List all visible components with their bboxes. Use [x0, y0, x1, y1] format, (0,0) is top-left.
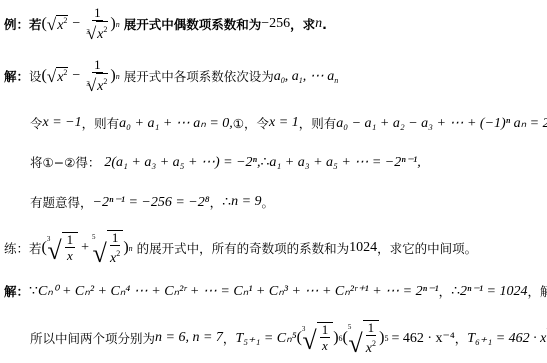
sqrt-icon: √	[302, 328, 316, 354]
practice-value: 1024	[349, 240, 377, 256]
example-value: −256	[261, 16, 290, 32]
values: n = 6, n = 7	[155, 330, 223, 346]
sqrt-icon: √	[348, 331, 362, 357]
therefore-icon: ∴	[222, 194, 231, 211]
period: 。	[262, 193, 275, 211]
equation: 2(a₁ + a₃ + a₅ + ⋯) = −2ⁿ,	[104, 154, 260, 171]
root-2: 5√1x2	[348, 320, 379, 357]
minus-sign: −	[72, 16, 80, 32]
therefore-icon: ∴	[451, 283, 460, 300]
circled-1: ①	[233, 116, 244, 131]
exponent: 2	[103, 77, 107, 86]
solution-label: 解：	[4, 282, 29, 300]
root-1: 3√1x	[302, 322, 333, 354]
text: ，则有	[82, 114, 120, 132]
practice-label: 练：	[4, 239, 29, 257]
example-prefix: 若	[29, 15, 42, 33]
because-icon: ∵	[29, 283, 38, 300]
exponent: 5	[384, 334, 388, 343]
practice-tail: ，求它的中间项。	[377, 239, 477, 257]
t5-result: = 462 · x⁻⁴	[391, 330, 454, 347]
example-text: 展开式中偶数项系数和为	[124, 15, 262, 33]
text: ，则有	[299, 114, 337, 132]
text: ，	[439, 282, 452, 300]
text: ，解得	[527, 282, 547, 300]
fraction: 1 3√x2	[86, 58, 108, 95]
solution1-line1: 解： 设 ( √ x2 − 1 3√x2 )n 展开式中各项系数依次设为 a0,…	[4, 56, 338, 96]
practice-text: 的展开式中，所有的奇数项的系数和为	[137, 239, 350, 257]
equation-1: a₀ + a₁ + ⋯ aₙ = 0,	[119, 115, 233, 132]
equation: x = 1	[269, 115, 299, 131]
root-2: 5√1x2	[92, 230, 123, 267]
example-line: 例： 若 ( √ x2 − 1 3√x2 )n 展开式中偶数项系数和为 −256…	[4, 4, 327, 44]
power: n	[116, 72, 120, 81]
sqrt-icon: √	[47, 238, 61, 264]
solution1-line3: 将①−②得： 2(a₁ + a₃ + a₅ + ⋯) = −2ⁿ, ∴ a₁ +…	[30, 149, 421, 175]
power: n	[116, 20, 120, 29]
term-t6: T₆₊₁ = 462 · x	[467, 330, 546, 347]
sqrt-icon: √	[47, 68, 56, 86]
equation: −2ⁿ⁻¹ = −256 = −2⁸	[93, 194, 210, 211]
solution2-line2: 所以中间两个项分别为 n = 6, n = 7 ， T₅₊₁ = Cₙ⁵ ( 3…	[30, 318, 547, 358]
example-tail: ，求	[290, 15, 315, 33]
exponent: 2	[63, 16, 67, 25]
text: ，	[223, 329, 236, 347]
cube-root: 3√x2	[86, 21, 108, 43]
equation: Cₙ⁰ + Cₙ² + Cₙ⁴ ⋯ + Cₙ²ʳ + ⋯ = Cₙ¹ + Cₙ³…	[38, 283, 439, 300]
exponent: 2	[63, 68, 67, 77]
equation-2: a₀ − a₁ + a₂ − a₃ + ⋯ + (−1)ⁿ aₙ = 2ⁿ,	[336, 115, 547, 132]
equation: a₁ + a₃ + a₅ + ⋯ = −2ⁿ⁻¹,	[269, 154, 420, 171]
solution-label: 解：	[4, 67, 29, 85]
therefore-icon: ∴	[260, 154, 269, 171]
minus-sign: −	[72, 68, 80, 84]
equation: x = −1	[43, 115, 82, 131]
exponent: 2	[103, 25, 107, 34]
result: n = 9	[231, 194, 261, 210]
text: 令	[30, 114, 43, 132]
text: 将①−②得：	[30, 153, 100, 171]
root-1: 3√1x	[47, 232, 78, 264]
text: 有题意得，	[30, 193, 93, 211]
text: ，	[455, 329, 468, 347]
solution2-line1: 解： ∵ Cₙ⁰ + Cₙ² + Cₙ⁴ ⋯ + Cₙ²ʳ + ⋯ = Cₙ¹ …	[4, 278, 547, 304]
solution1-line4: 有题意得， −2ⁿ⁻¹ = −256 = −2⁸ ， ∴ n = 9 。	[30, 189, 274, 215]
period: .	[322, 17, 327, 32]
text: 所以中间两个项分别为	[30, 329, 155, 347]
sqrt-icon: √	[87, 77, 96, 95]
practice-line: 练： 若 ( 3√1x + 5√1x2 )n 的展开式中，所有的奇数项的系数和为…	[4, 226, 477, 270]
numerator: 1	[92, 6, 103, 21]
solution1-line2: 令 x = −1 ，则有 a₀ + a₁ + ⋯ aₙ = 0, ① ，令 x …	[30, 110, 547, 136]
practice-prefix: 若	[29, 239, 42, 257]
sqrt-icon: √	[47, 16, 56, 34]
solution-prefix: 设	[29, 67, 42, 85]
solution-text: 展开式中各项系数依次设为	[124, 67, 274, 85]
text: ，	[210, 193, 223, 211]
example-var: n	[315, 16, 322, 32]
sqrt-x2: √ x2	[47, 15, 69, 34]
term-t5: T₅₊₁ = Cₙ⁵	[235, 330, 296, 347]
cube-root: 3√x2	[86, 73, 108, 95]
example-label: 例：	[4, 15, 29, 33]
fraction: 1 3√x2	[86, 6, 108, 43]
sqrt-icon: √	[93, 241, 107, 267]
equation: 2ⁿ⁻¹ = 1024	[460, 283, 527, 300]
coeff-list: a0, a1, ⋯ an	[274, 68, 339, 85]
numerator: 1	[92, 58, 103, 73]
sqrt-x2: √ x2	[47, 67, 69, 86]
text: ，令	[244, 114, 269, 132]
sqrt-icon: √	[87, 25, 96, 43]
